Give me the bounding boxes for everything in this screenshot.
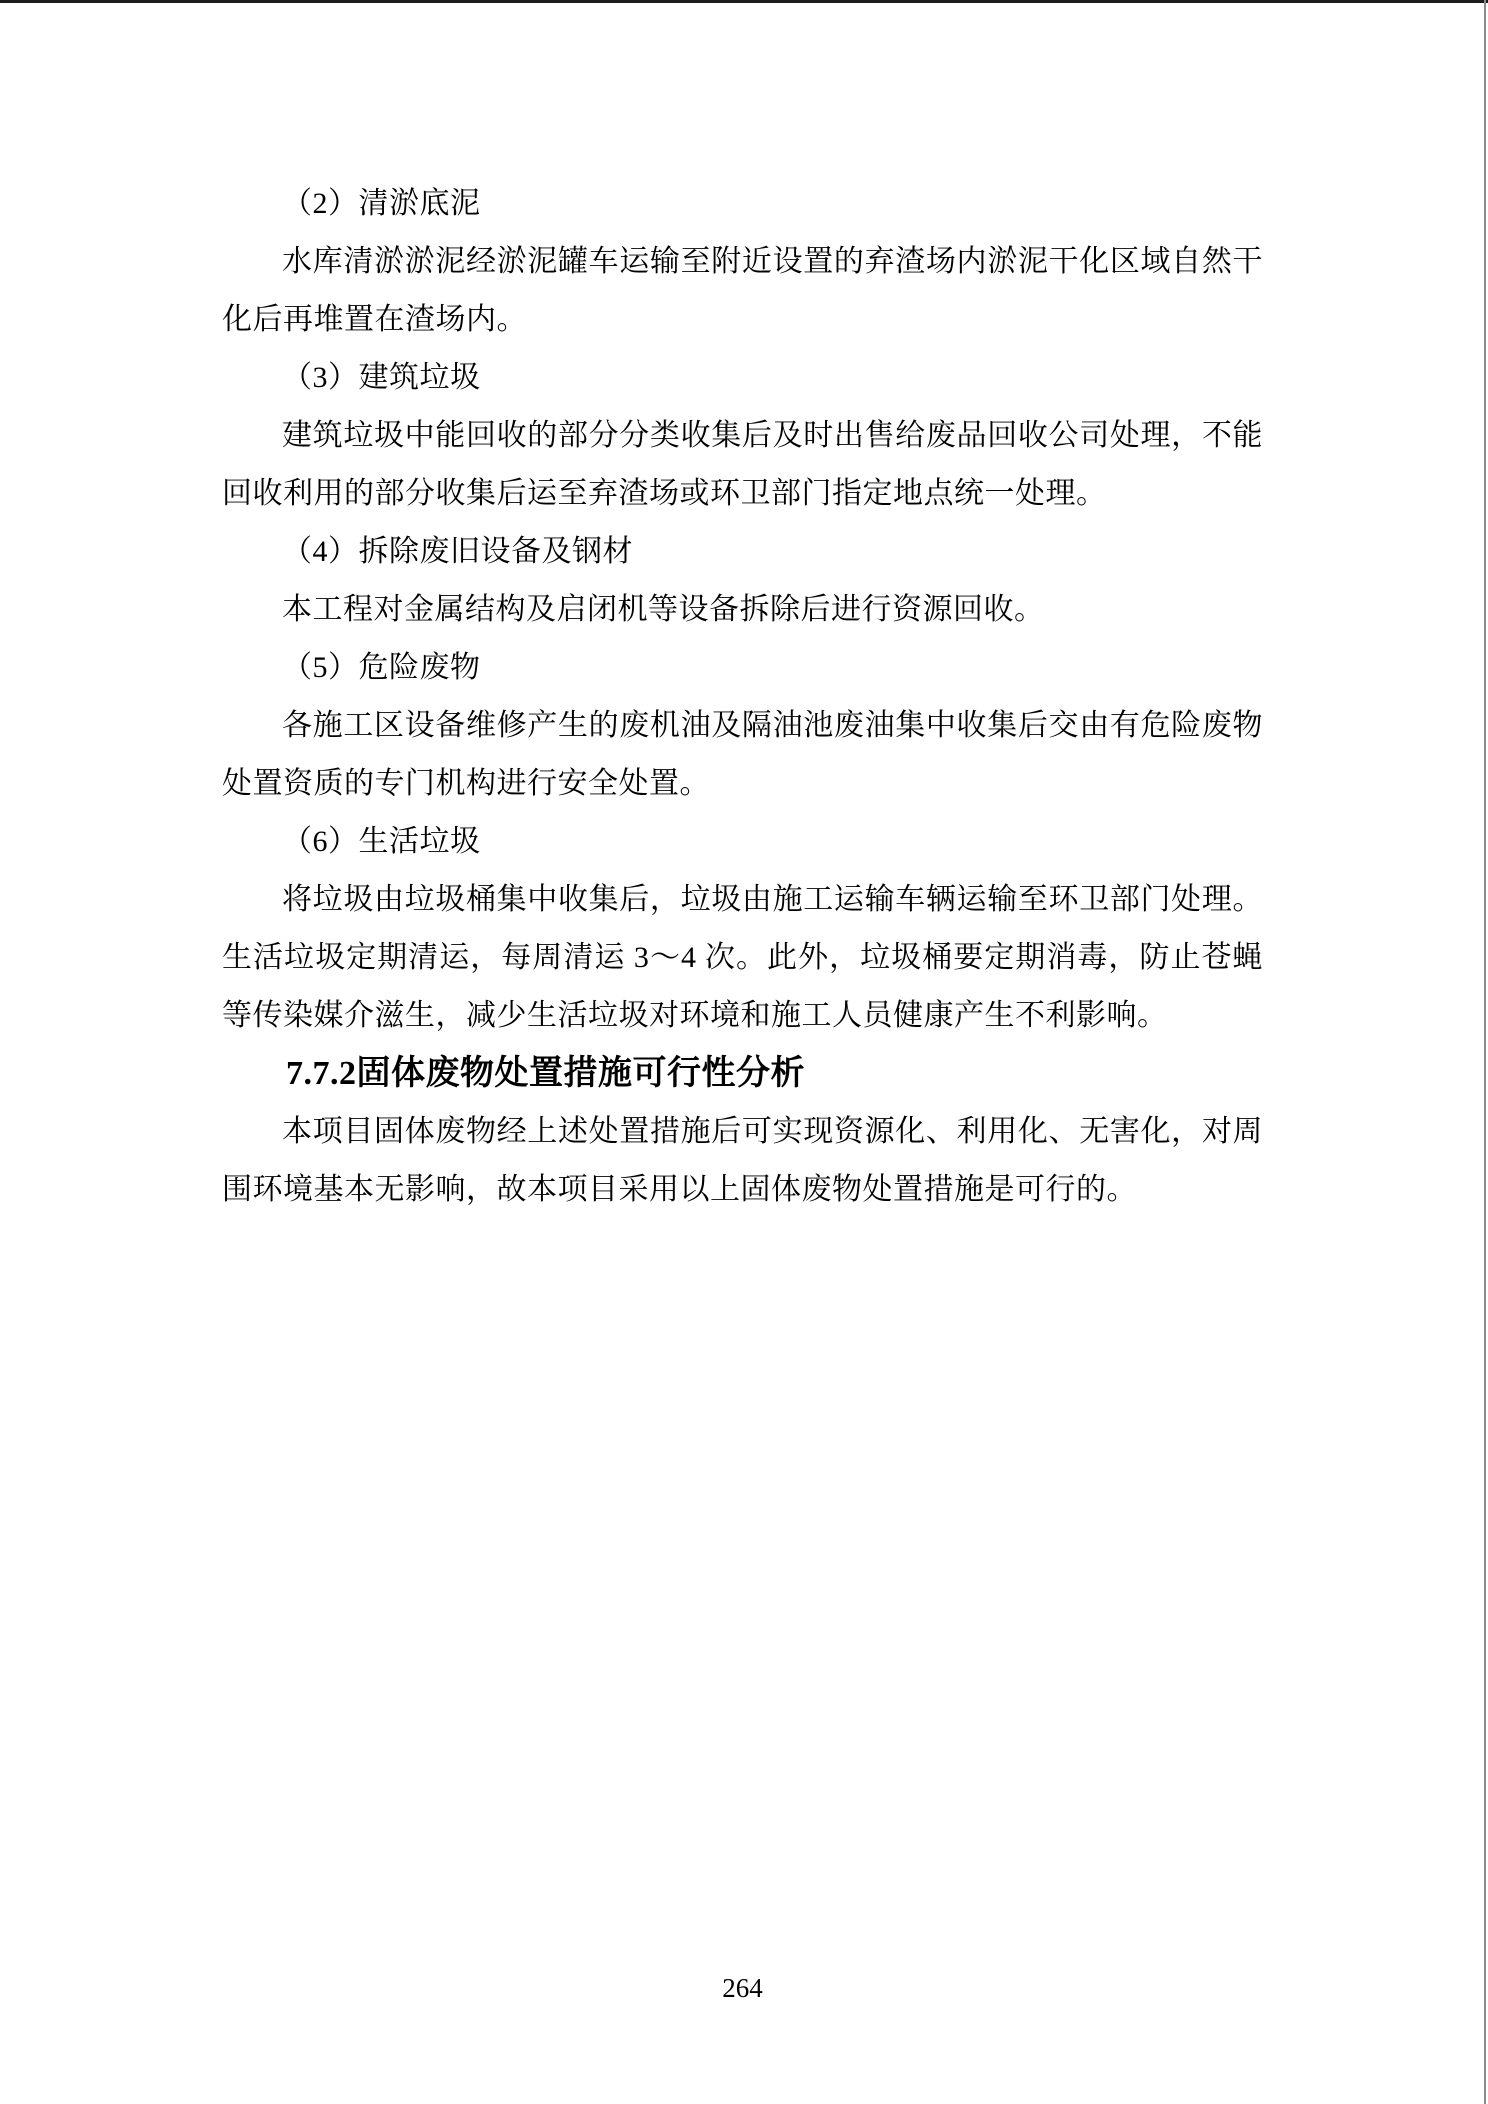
page-footer: 264: [222, 1968, 1263, 2008]
body-paragraph: 本工程对金属结构及启闭机等设备拆除后进行资源回收。: [222, 581, 1263, 639]
document-content: （2）清淤底泥水库清淤淤泥经淤泥罐车运输至附近设置的弃渣场内淤泥干化区域自然干化…: [222, 175, 1263, 1219]
list-subheading: （4）拆除废旧设备及钢材: [222, 523, 1263, 581]
section-heading: 7.7.2固体废物处置措施可行性分析: [222, 1045, 1263, 1103]
window-right-border: [1484, 0, 1486, 2104]
list-subheading: （2）清淤底泥: [222, 175, 1263, 233]
window-top-border: [0, 0, 1488, 3]
list-subheading: （3）建筑垃圾: [222, 349, 1263, 407]
body-paragraph: 各施工区设备维修产生的废机油及隔油池废油集中收集后交由有危险废物处置资质的专门机…: [222, 697, 1263, 813]
body-paragraph: 水库清淤淤泥经淤泥罐车运输至附近设置的弃渣场内淤泥干化区域自然干化后再堆置在渣场…: [222, 233, 1263, 349]
page-number: 264: [722, 1973, 763, 2003]
list-subheading: （6）生活垃圾: [222, 813, 1263, 871]
list-subheading: （5）危险废物: [222, 639, 1263, 697]
document-page: （2）清淤底泥水库清淤淤泥经淤泥罐车运输至附近设置的弃渣场内淤泥干化区域自然干化…: [0, 0, 1488, 2104]
body-paragraph: 建筑垃圾中能回收的部分分类收集后及时出售给废品回收公司处理，不能回收利用的部分收…: [222, 407, 1263, 523]
body-paragraph: 本项目固体废物经上述处置措施后可实现资源化、利用化、无害化，对周围环境基本无影响…: [222, 1103, 1263, 1219]
body-paragraph: 将垃圾由垃圾桶集中收集后，垃圾由施工运输车辆运输至环卫部门处理。生活垃圾定期清运…: [222, 871, 1263, 1045]
